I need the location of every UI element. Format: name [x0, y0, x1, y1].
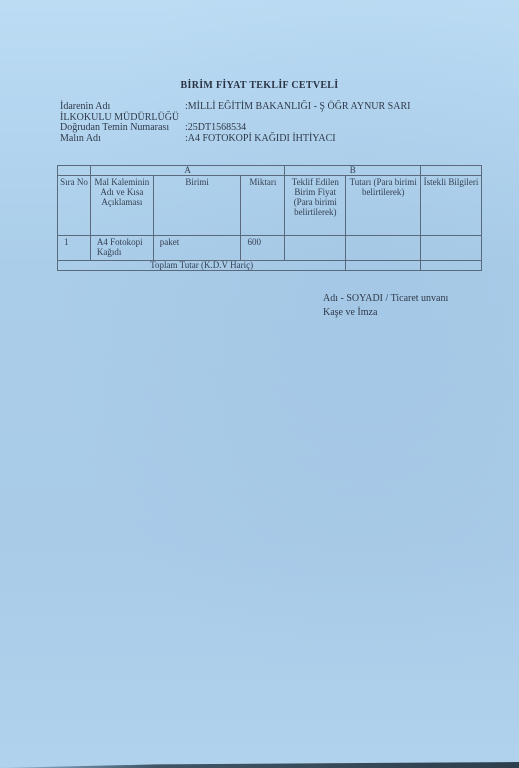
header-birim-fiyat: Teklif Edilen Birim Fiyat (Para birimi b…: [285, 176, 346, 236]
header-mal-kalemi: Mal Kaleminin Adı ve Kısa Açıklaması: [90, 176, 153, 236]
info-row-idare: İdarenin Adı :MİLLİ EĞİTİM BAKANLIĞI - Ş…: [60, 102, 410, 113]
info-value: :MİLLİ EĞİTİM BAKANLIĞI - Ş ÖĞR AYNUR SA…: [185, 102, 410, 113]
group-empty-cell: [58, 166, 91, 176]
cell-miktari: 600: [241, 236, 285, 261]
info-row-temin: Doğrudan Temin Numarası :25DT1568534: [60, 123, 410, 134]
cell-istekli: [421, 236, 482, 261]
desk-surface-edge: [0, 762, 519, 768]
header-birimi: Birimi: [153, 176, 241, 236]
signature-stamp-line: Kaşe ve İmza: [323, 306, 448, 320]
total-empty-cell: [421, 261, 482, 271]
signature-name-line: Adı - SOYADI / Ticaret unvanı: [323, 292, 448, 306]
cell-birim-fiyat: [285, 236, 346, 261]
document-title: BİRİM FİYAT TEKLİF CETVELİ: [0, 80, 519, 91]
cell-sira-no: 1: [58, 236, 91, 261]
document-page: BİRİM FİYAT TEKLİF CETVELİ İdarenin Adı …: [0, 0, 519, 760]
info-label: Malın Adı: [60, 134, 185, 145]
header-tutari: Tutarı (Para birimi belirtilerek): [346, 176, 421, 236]
total-row: Toplam Tutar (K.D.V Hariç): [58, 261, 482, 271]
header-istekli: İstekli Bilgileri: [421, 176, 482, 236]
signature-block: Adı - SOYADI / Ticaret unvanı Kaşe ve İm…: [323, 292, 448, 320]
cell-birimi: paket: [153, 236, 241, 261]
price-offer-table: A B Sıra No Mal Kaleminin Adı ve Kısa Aç…: [57, 165, 482, 271]
group-a-header: A: [90, 166, 284, 176]
column-header-row: Sıra No Mal Kaleminin Adı ve Kısa Açıkla…: [58, 176, 482, 236]
cell-mal-kalemi: A4 Fotokopi Kağıdı: [90, 236, 153, 261]
info-value: :A4 FOTOKOPİ KAĞIDI İHTİYACI: [185, 134, 336, 145]
info-value: :25DT1568534: [185, 123, 246, 134]
group-b-header: B: [285, 166, 421, 176]
header-sira-no: Sıra No: [58, 176, 91, 236]
info-label: İdarenin Adı: [60, 102, 185, 113]
group-header-row: A B: [58, 166, 482, 176]
info-label: Doğrudan Temin Numarası: [60, 123, 185, 134]
info-block: İdarenin Adı :MİLLİ EĞİTİM BAKANLIĞI - Ş…: [60, 102, 410, 144]
header-miktari: Miktarı: [241, 176, 285, 236]
total-value: [346, 261, 421, 271]
total-label: Toplam Tutar (K.D.V Hariç): [58, 261, 346, 271]
cell-tutari: [346, 236, 421, 261]
group-empty-cell: [421, 166, 482, 176]
info-row-mal: Malın Adı :A4 FOTOKOPİ KAĞIDI İHTİYACI: [60, 134, 410, 145]
table-row: 1 A4 Fotokopi Kağıdı paket 600: [58, 236, 482, 261]
